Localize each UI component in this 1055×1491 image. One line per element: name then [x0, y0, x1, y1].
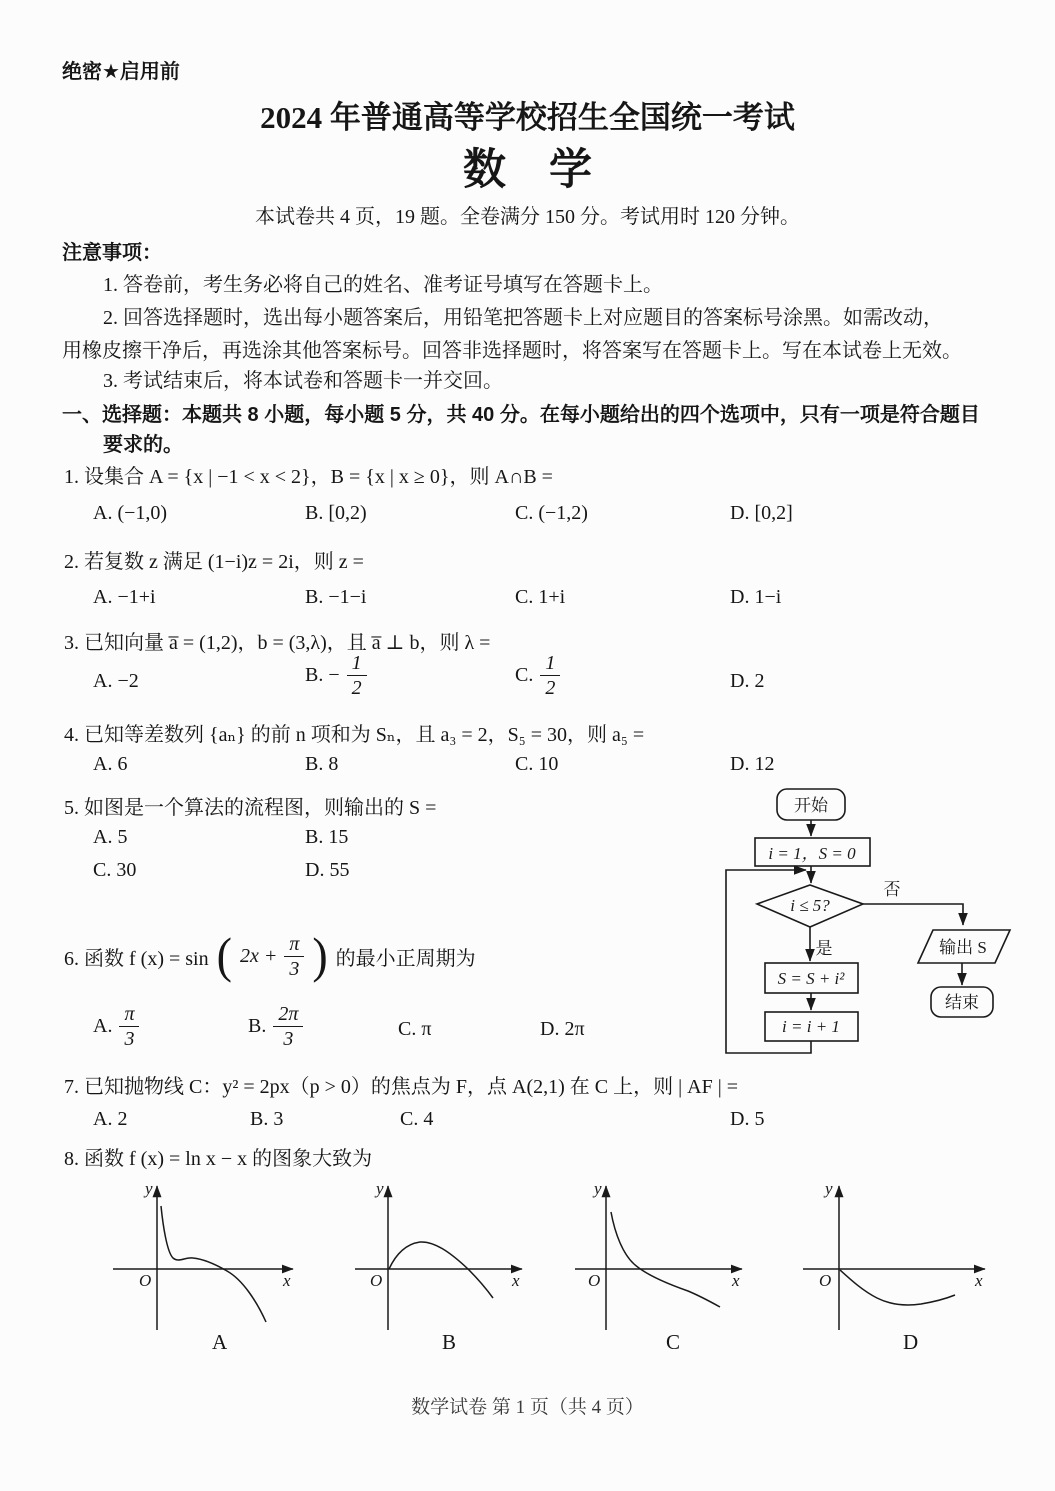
section1-heading-line2: 要求的。 [103, 428, 183, 457]
question-3-option-c: C. 1 2 [515, 652, 560, 699]
flowchart-cond-label: i ≤ 5? [790, 896, 830, 915]
question-5-stem: 5. 如图是一个算法的流程图，则输出的 S = [64, 791, 436, 820]
option-b-fraction: 1 2 [347, 652, 367, 699]
flowchart-output-label: 输出 S [939, 938, 987, 957]
notice-item-2-line1: 2. 回答选择题时，选出每小题答案后，用铅笔把答题卡上对应题目的答案标号涂黑。如… [103, 301, 943, 330]
curve-b [389, 1242, 493, 1298]
question-1-stem: 1. 设集合 A = {x | −1 < x < 2}，B = {x | x ≥… [64, 460, 553, 489]
subject-title: 数 学 [0, 136, 1055, 197]
fraction-numerator: 2π [273, 1003, 303, 1027]
fraction-numerator: 1 [540, 652, 560, 676]
question-7-option-d: D. 5 [730, 1108, 764, 1131]
close-paren: ) [312, 935, 327, 977]
question-1-option-b: B. [0,2) [305, 502, 367, 525]
option-a-prefix: A. [93, 1015, 112, 1038]
question-6-option-d: D. 2π [540, 1018, 585, 1041]
question-4-stem: 4. 已知等差数列 {aₙ} 的前 n 项和为 Sₙ，且 a₃ = 2，S₅ =… [64, 718, 644, 747]
flowchart-init-label: i = 1，S = 0 [768, 844, 856, 863]
fraction-denominator: 3 [119, 1027, 139, 1050]
flowchart-no-label: 否 [884, 880, 901, 899]
option-c-fraction: 1 2 [540, 652, 560, 699]
question-6-option-c: C. π [398, 1018, 431, 1041]
curve-c [611, 1212, 720, 1307]
question-5-option-c: C. 30 [93, 859, 136, 882]
graph-option-d: y x O [795, 1178, 990, 1336]
x-axis-label: x [731, 1271, 740, 1290]
option-a-fraction: π 3 [119, 1003, 139, 1050]
x-axis-label: x [282, 1271, 291, 1290]
option-c-prefix: C. [515, 664, 533, 687]
flowchart-end-label: 结束 [945, 993, 979, 1012]
flowchart-step-label: S = S + i² [778, 969, 846, 988]
notice-item-2-line2: 用橡皮擦干净后，再选涂其他答案标号。回答非选择题时，将答案写在答题卡上。写在本试… [62, 334, 962, 363]
origin-label: O [139, 1271, 151, 1290]
graph-caption-d: D [903, 1330, 918, 1355]
fraction-numerator: π [284, 933, 304, 957]
fraction-numerator: π [119, 1003, 139, 1027]
question-3-option-b: B. − 1 2 [305, 652, 367, 699]
graph-option-c: y x O [570, 1178, 755, 1336]
page-footer: 数学试卷 第 1 页（共 4 页） [0, 1392, 1055, 1419]
open-paren: ( [217, 935, 232, 977]
graph-option-b: y x O [350, 1178, 535, 1336]
question-8-stem: 8. 函数 f (x) = ln x − x 的图象大致为 [64, 1142, 372, 1171]
fraction-denominator: 3 [273, 1027, 303, 1050]
question-6-stem: 6. 函数 f (x) = sin ( 2x + π 3 ) 的最小正周期为 [64, 928, 476, 984]
y-axis-label: y [143, 1179, 153, 1198]
y-axis-label: y [592, 1179, 602, 1198]
q6-stem-inner: 2x + [240, 945, 277, 968]
graph-caption-c: C [666, 1330, 680, 1355]
question-3-stem: 3. 已知向量 a̅ = (1,2)，b = (3,λ)，且 a̅ ⊥ b，则 … [64, 626, 490, 655]
q6-stem-pre: 6. 函数 f (x) = sin [64, 942, 209, 971]
question-4-option-d: D. 12 [730, 753, 774, 776]
fraction-denominator: 3 [284, 957, 304, 980]
section1-heading-line1: 一、选择题：本题共 8 小题，每小题 5 分，共 40 分。在每小题给出的四个选… [62, 398, 980, 427]
curve-a [161, 1206, 266, 1322]
exam-title: 2024 年普通高等学校招生全国统一考试 [0, 92, 1055, 137]
question-2-option-a: A. −1+i [93, 586, 156, 609]
fraction-denominator: 2 [347, 676, 367, 699]
flowchart-inc-label: i = i + 1 [782, 1017, 840, 1036]
q6-stem-post: 的最小正周期为 [336, 942, 476, 971]
q6-stem-fraction: π 3 [284, 933, 304, 980]
question-4-option-b: B. 8 [305, 753, 338, 776]
question-7-stem: 7. 已知抛物线 C：y² = 2px（p > 0）的焦点为 F，点 A(2,1… [64, 1070, 738, 1099]
notice-item-1: 1. 答卷前，考生务必将自己的姓名、准考证号填写在答题卡上。 [103, 268, 663, 297]
question-5-option-d: D. 55 [305, 859, 349, 882]
question-1-option-a: A. (−1,0) [93, 502, 167, 525]
question-3-option-d: D. 2 [730, 670, 764, 693]
curve-d [840, 1270, 955, 1305]
x-axis-label: x [511, 1271, 520, 1290]
question-4-option-a: A. 6 [93, 753, 127, 776]
question-2-option-c: C. 1+i [515, 586, 565, 609]
question-1-option-d: D. [0,2] [730, 502, 793, 525]
fraction-numerator: 1 [347, 652, 367, 676]
option-b-prefix: B. [248, 1015, 266, 1038]
question-3-option-a: A. −2 [93, 670, 139, 693]
question-5-option-b: B. 15 [305, 826, 348, 849]
question-4-option-c: C. 10 [515, 753, 558, 776]
flowchart-start-label: 开始 [794, 796, 829, 815]
notice-heading: 注意事项： [62, 236, 162, 265]
question-7-option-b: B. 3 [250, 1108, 283, 1131]
x-axis-label: x [974, 1271, 983, 1290]
notice-item-3: 3. 考试结束后，将本试卷和答题卡一并交回。 [103, 364, 503, 393]
question-2-stem: 2. 若复数 z 满足 (1−i)z = 2i，则 z = [64, 545, 364, 574]
origin-label: O [819, 1271, 831, 1290]
question-2-option-b: B. −1−i [305, 586, 366, 609]
y-axis-label: y [374, 1179, 384, 1198]
exam-info-line: 本试卷共 4 页，19 题。全卷满分 150 分。考试用时 120 分钟。 [0, 200, 1055, 229]
question-5-option-a: A. 5 [93, 826, 127, 849]
question-6-option-a: A. π 3 [93, 1003, 139, 1050]
fraction-denominator: 2 [540, 676, 560, 699]
algorithm-flowchart: 开始 i = 1，S = 0 i ≤ 5? 是 否 S = S + i² i =… [700, 782, 1035, 1077]
origin-label: O [370, 1271, 382, 1290]
question-7-option-c: C. 4 [400, 1108, 433, 1131]
exam-paper-page: 绝密★启用前 2024 年普通高等学校招生全国统一考试 数 学 本试卷共 4 页… [0, 0, 1055, 1491]
flowchart-yes-label: 是 [816, 939, 833, 958]
option-b-fraction: 2π 3 [273, 1003, 303, 1050]
question-6-option-b: B. 2π 3 [248, 1003, 303, 1050]
graph-caption-b: B [442, 1330, 456, 1355]
flowchart-arrow-no [863, 904, 963, 925]
question-1-option-c: C. (−1,2) [515, 502, 588, 525]
origin-label: O [588, 1271, 600, 1290]
option-b-prefix: B. − [305, 664, 340, 687]
y-axis-label: y [823, 1179, 833, 1198]
classification-label: 绝密★启用前 [62, 55, 180, 84]
graph-caption-a: A [212, 1330, 227, 1355]
question-2-option-d: D. 1−i [730, 586, 781, 609]
graph-option-a: y x O [105, 1178, 305, 1336]
question-7-option-a: A. 2 [93, 1108, 127, 1131]
